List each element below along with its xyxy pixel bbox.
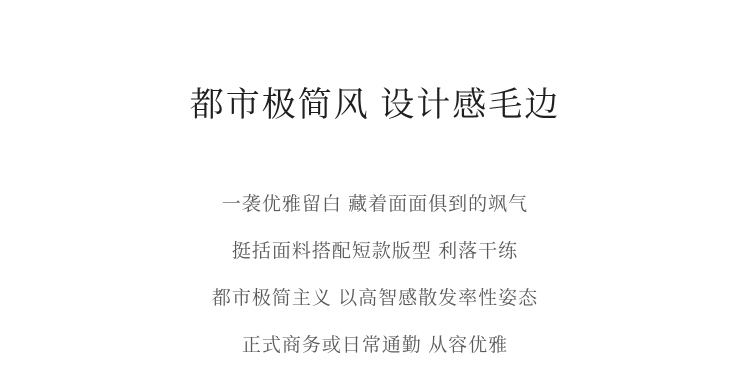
product-description-page: 都市极简风 设计感毛边 一袭优雅留白 藏着面面俱到的飒气 挺括面料搭配短款版型 …: [0, 0, 750, 370]
tagline-line-4: 正式商务或日常通勤 从容优雅: [0, 322, 750, 369]
tagline-line-3: 都市极简主义 以高智感散发率性姿态: [0, 275, 750, 322]
tagline-line-2: 挺括面料搭配短款版型 利落干练: [0, 228, 750, 275]
tagline-list: 一袭优雅留白 藏着面面俱到的飒气 挺括面料搭配短款版型 利落干练 都市极简主义 …: [0, 181, 750, 369]
page-title: 都市极简风 设计感毛边: [0, 0, 750, 126]
tagline-line-1: 一袭优雅留白 藏着面面俱到的飒气: [0, 181, 750, 228]
